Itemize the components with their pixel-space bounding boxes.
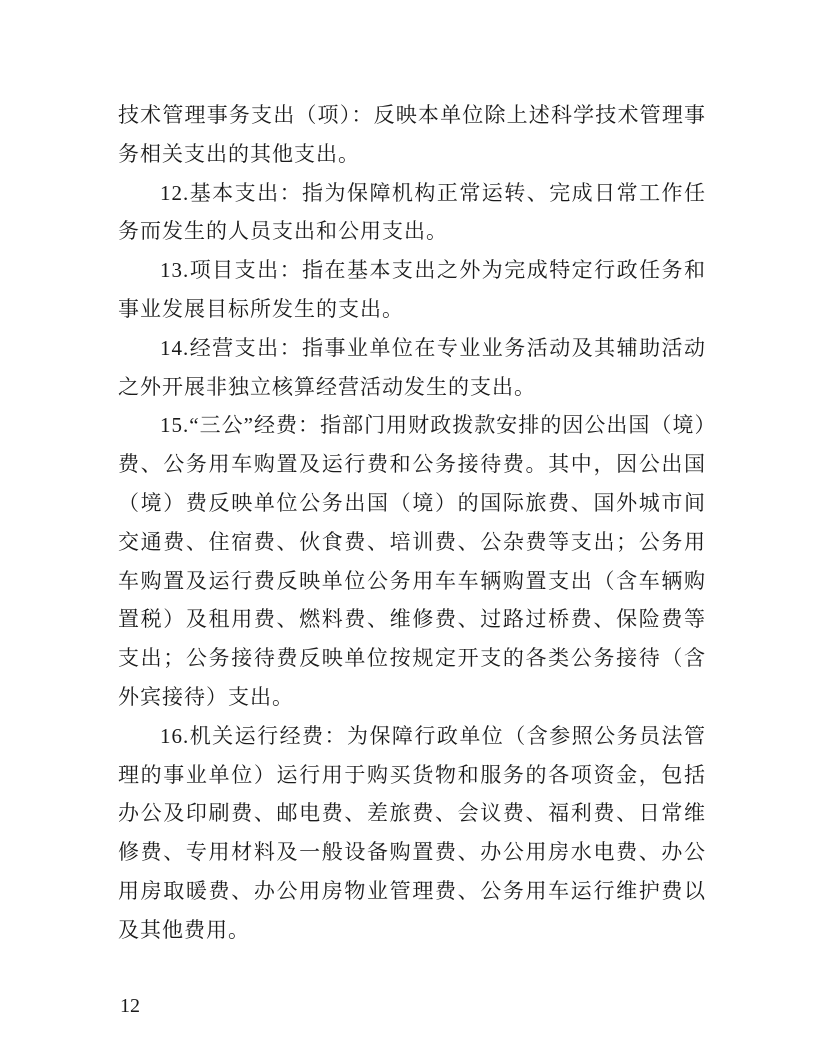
paragraph-term-15-three-public-funds: 15.“三公”经费：指部门用财政拨款安排的因公出国（境）费、公务用车购置及运行费… [118, 406, 706, 716]
page-body: 技术管理事务支出（项）：反映本单位除上述科学技术管理事务相关支出的其他支出。 1… [118, 96, 706, 950]
paragraph-continuation: 技术管理事务支出（项）：反映本单位除上述科学技术管理事务相关支出的其他支出。 [118, 96, 706, 174]
paragraph-term-16-agency-operating-funds: 16.机关运行经费：为保障行政单位（含参照公务员法管理的事业单位）运行用于购买货… [118, 717, 706, 950]
document-page: 技术管理事务支出（项）：反映本单位除上述科学技术管理事务相关支出的其他支出。 1… [0, 0, 816, 1056]
page-number: 12 [120, 995, 140, 1018]
paragraph-term-14-operating-expenditure: 14.经营支出：指事业单位在专业业务活动及其辅助活动之外开展非独立核算经营活动发… [118, 329, 706, 407]
paragraph-term-12-basic-expenditure: 12.基本支出：指为保障机构正常运转、完成日常工作任务而发生的人员支出和公用支出… [118, 174, 706, 252]
paragraph-term-13-project-expenditure: 13.项目支出：指在基本支出之外为完成特定行政任务和事业发展目标所发生的支出。 [118, 251, 706, 329]
